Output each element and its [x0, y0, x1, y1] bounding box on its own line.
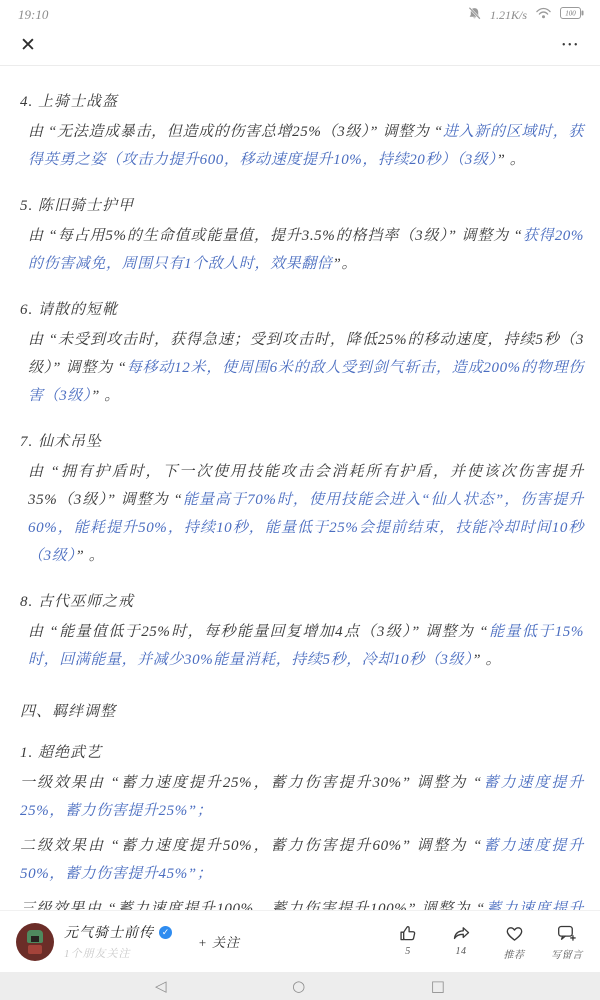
android-nav-bar: ◁ ○ □ — [0, 972, 600, 1000]
action-bar: 5 14 推荐 — [391, 923, 584, 961]
item-paragraph: 由 “未受到攻击时，获得急速；受到攻击时，降低25%的移动速度，持续5秒（3级）… — [20, 326, 584, 410]
avatar-art — [31, 936, 39, 942]
paragraph-tail: ” 。 — [91, 388, 120, 404]
level-paragraph: 二级效果由 “蓄力速度提升50%，蓄力伤害提升60%” 调整为 “蓄力速度提升5… — [20, 832, 584, 888]
top-nav-bar: ✕ ••• — [0, 26, 600, 66]
recommend-button[interactable]: 推荐 — [497, 923, 531, 961]
home-icon[interactable]: ○ — [292, 979, 305, 994]
comment-plus-icon — [556, 923, 578, 944]
article-item: 4. 上骑士战盔 由 “无法造成暴击，但造成的伤害总增25%（3级）” 调整为 … — [20, 90, 584, 174]
status-icons: 1.21K/s 100 — [468, 7, 584, 24]
item-title: 4. 上骑士战盔 — [20, 90, 584, 111]
item-paragraph: 由 “每占用5%的生命值或能量值，提升3.5%的格挡率（3级）” 调整为 “获得… — [20, 222, 584, 278]
comment-label: 写留言 — [551, 946, 583, 961]
share-count: 14 — [456, 946, 467, 957]
mute-icon — [468, 7, 481, 24]
author-meta: 元气骑士前传 ✓ 1个朋友关注 — [64, 922, 172, 961]
item-title: 7. 仙术吊坠 — [20, 430, 584, 451]
avatar-art — [28, 945, 42, 954]
article-item: 7. 仙术吊坠 由 “拥有护盾时，下一次使用技能攻击会消耗所有护盾，并使该次伤害… — [20, 430, 584, 570]
change-before-text: 由 “无法造成暴击，但造成的伤害总增25%（3级）” 调整为 “ — [28, 124, 443, 140]
network-speed: 1.21K/s — [490, 8, 527, 23]
sub-section-title: 1. 超绝武艺 — [20, 741, 584, 762]
wifi-icon — [536, 7, 551, 23]
avatar[interactable] — [16, 923, 54, 961]
item-title: 5. 陈旧骑士护甲 — [20, 194, 584, 215]
share-icon — [451, 923, 472, 944]
author-name[interactable]: 元气骑士前传 — [64, 922, 154, 942]
article-item: 6. 请散的短靴 由 “未受到攻击时，获得急速；受到攻击时，降低25%的移动速度… — [20, 298, 584, 410]
recents-icon[interactable]: □ — [431, 979, 445, 994]
author-subtitle: 1个朋友关注 — [64, 945, 172, 961]
item-title: 6. 请散的短靴 — [20, 298, 584, 319]
change-before-text: 三级效果由 “蓄力速度提升100%，蓄力伤害提升100%” 调整为 “ — [20, 901, 485, 910]
article-body: 4. 上骑士战盔 由 “无法造成暴击，但造成的伤害总增25%（3级）” 调整为 … — [0, 66, 600, 910]
change-before-text: 由 “每占用5%的生命值或能量值，提升3.5%的格挡率（3级）” 调整为 “ — [28, 228, 523, 244]
author-bar: 元气骑士前传 ✓ 1个朋友关注 + 关注 5 — [0, 910, 600, 972]
like-button[interactable]: 5 — [391, 923, 425, 961]
level-paragraph: 三级效果由 “蓄力速度提升100%，蓄力伤害提升100%” 调整为 “蓄力速度提… — [20, 895, 584, 910]
share-button[interactable]: 14 — [444, 923, 478, 961]
change-before-text: 二级效果由 “蓄力速度提升50%，蓄力伤害提升60%” 调整为 “ — [20, 838, 482, 854]
level-paragraph: 一级效果由 “蓄力速度提升25%，蓄力伤害提升30%” 调整为 “蓄力速度提升2… — [20, 769, 584, 825]
more-menu-icon[interactable]: ••• — [562, 40, 580, 51]
status-bar: 19:10 1.21K/s — [0, 0, 600, 26]
close-icon[interactable]: ✕ — [20, 36, 36, 55]
thumb-up-icon — [398, 923, 419, 944]
item-paragraph: 由 “能量值低于25%时，每秒能量回复增加4点（3级）” 调整为 “能量低于15… — [20, 618, 584, 674]
paragraph-tail: ”。 — [333, 256, 358, 272]
like-count: 5 — [405, 946, 411, 957]
change-before-text: 由 “能量值低于25%时，每秒能量回复增加4点（3级）” 调整为 “ — [28, 624, 488, 640]
section-title: 四、羁绊调整 — [20, 700, 584, 721]
item-paragraph: 由 “拥有护盾时，下一次使用技能攻击会消耗所有护盾，并使该次伤害提升35%（3级… — [20, 458, 584, 570]
verified-badge-icon: ✓ — [159, 926, 172, 939]
article-item: 8. 古代巫师之戒 由 “能量值低于25%时，每秒能量回复增加4点（3级）” 调… — [20, 590, 584, 674]
paragraph-tail: ” 。 — [497, 152, 526, 168]
paragraph-tail: ”； — [188, 866, 213, 882]
article-item: 5. 陈旧骑士护甲 由 “每占用5%的生命值或能量值，提升3.5%的格挡率（3级… — [20, 194, 584, 278]
comment-button[interactable]: 写留言 — [550, 923, 584, 961]
heart-icon — [504, 923, 525, 944]
change-before-text: 一级效果由 “蓄力速度提升25%，蓄力伤害提升30%” 调整为 “ — [20, 775, 482, 791]
item-title: 8. 古代巫师之戒 — [20, 590, 584, 611]
app-screen: 19:10 1.21K/s — [0, 0, 600, 1000]
clock: 19:10 — [18, 7, 48, 23]
recommend-label: 推荐 — [504, 946, 525, 961]
follow-button[interactable]: + 关注 — [198, 932, 240, 951]
battery-level-text: 100 — [565, 10, 576, 18]
back-icon[interactable]: ◁ — [155, 979, 167, 994]
paragraph-tail: ” 。 — [75, 548, 104, 564]
item-paragraph: 由 “无法造成暴击，但造成的伤害总增25%（3级）” 调整为 “进入新的区域时，… — [20, 118, 584, 174]
battery-icon: 100 — [560, 7, 584, 23]
paragraph-tail: ”； — [188, 803, 213, 819]
paragraph-tail: ” 。 — [472, 652, 501, 668]
